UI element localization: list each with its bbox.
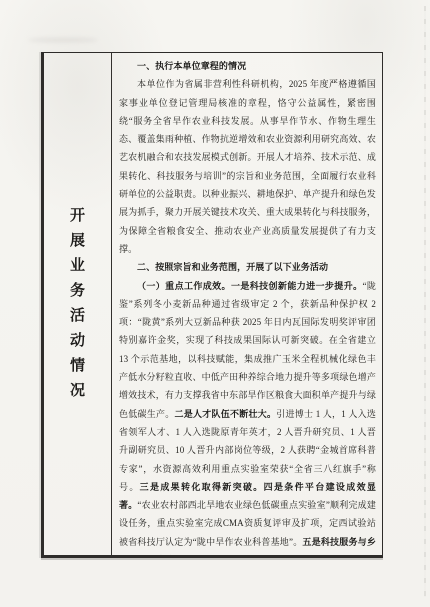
emphasis-run: 一、执行本单位章程的情况 (137, 61, 246, 71)
scanned-document-page: 开展业务活动情况 一、执行本单位章程的情况本单位作为省属非营利性科研机构，202… (0, 0, 430, 607)
scan-edge-artifact (424, 6, 426, 597)
row-header-char: 务 (70, 284, 85, 299)
row-header-char: 活 (70, 309, 85, 324)
content-cell: 一、执行本单位章程的情况本单位作为省属非营利性科研机构，2025 年度严格遵循国… (112, 53, 382, 555)
emphasis-run: 二是人才队伍不断壮大。 (174, 409, 276, 419)
row-header-label: 开展业务活动情况 (70, 209, 85, 399)
section-1-body: 本单位作为省属非营利性科研机构，2025 年度严格遵循国家事业单位登记管理局核准… (119, 75, 376, 258)
emphasis-run: 二、按照宗旨和业务范围，开展了以下业务活动 (137, 262, 328, 272)
row-header-char: 展 (70, 234, 85, 249)
row-header-char: 开 (70, 209, 85, 224)
emphasis-run: （一）重点工作成效。一是科技创新能力进一步提升。 (137, 281, 363, 291)
section-1-heading: 一、执行本单位章程的情况 (119, 57, 376, 75)
row-header-char: 况 (70, 384, 85, 399)
business-activity-table: 开展业务活动情况 一、执行本单位章程的情况本单位作为省属非营利性科研机构，202… (41, 52, 383, 558)
text-run: 引进博士 1 人，1 人入选省领军人才、1 人入选陇原青年英才，2 人晋升研究员… (119, 409, 376, 492)
row-header-cell: 开展业务活动情况 (44, 53, 112, 555)
text-run: “陇鉴”系列冬小麦新品种通过省级审定 2 个，获新品种保护权 2 项：“陇黄”系… (119, 281, 376, 419)
row-header-char: 动 (70, 334, 85, 349)
row-header-char: 情 (70, 359, 85, 374)
text-run: 本单位作为省属非营利性科研机构，2025 年度严格遵循国家事业单位登记管理局核准… (119, 79, 376, 254)
section-2-body: （一）重点工作成效。一是科技创新能力进一步提升。“陇鉴”系列冬小麦新品种通过省级… (119, 277, 376, 555)
row-header-char: 业 (70, 259, 85, 274)
scan-smudge (28, 38, 98, 42)
section-2-heading: 二、按照宗旨和业务范围，开展了以下业务活动 (119, 258, 376, 276)
